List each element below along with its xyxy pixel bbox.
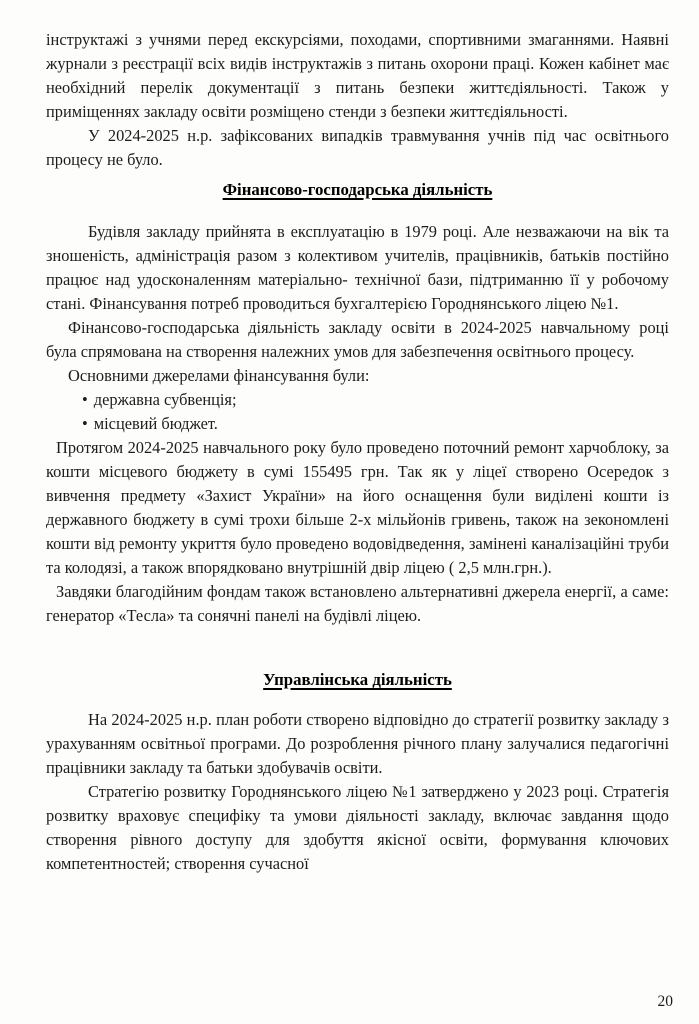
paragraph-work-plan: На 2024-2025 н.р. план роботи створено в… <box>46 708 669 780</box>
bullet-icon: • <box>82 388 88 412</box>
list-item-state-subvention-text: державна субвенція; <box>94 390 237 409</box>
paragraph-funding-sources-intro: Основними джерелами фінансування були: <box>46 364 669 388</box>
section-heading-management-text: Управлінська діяльність <box>263 670 452 689</box>
paragraph-injury-statistics: У 2024-2025 н.р. зафіксованих випадків т… <box>46 124 669 172</box>
section-heading-financial-text: Фінансово-господарська діяльність <box>223 180 493 199</box>
document-page: інструктажі з учнями перед екскурсіями, … <box>0 0 699 1024</box>
paragraph-building-history: Будівля закладу прийнята в експлуатацію … <box>46 220 669 316</box>
paragraph-financial-activity: Фінансово-господарська діяльність заклад… <box>46 316 669 364</box>
page-number: 20 <box>658 993 674 1011</box>
paragraph-repairs-funding: Протягом 2024-2025 навчального року було… <box>46 436 669 580</box>
section-heading-financial: Фінансово-господарська діяльність <box>46 178 669 202</box>
section-heading-management: Управлінська діяльність <box>46 668 669 692</box>
list-item-state-subvention: •державна субвенція; <box>46 388 669 412</box>
paragraph-development-strategy: Стратегію розвитку Городнянського ліцею … <box>46 780 669 876</box>
list-item-local-budget: •місцевий бюджет. <box>46 412 669 436</box>
bullet-icon: • <box>82 412 88 436</box>
paragraph-safety-briefings: інструктажі з учнями перед екскурсіями, … <box>46 28 669 124</box>
list-item-local-budget-text: місцевий бюджет. <box>94 414 218 433</box>
paragraph-charity-energy: Завдяки благодійним фондам також встанов… <box>46 580 669 628</box>
